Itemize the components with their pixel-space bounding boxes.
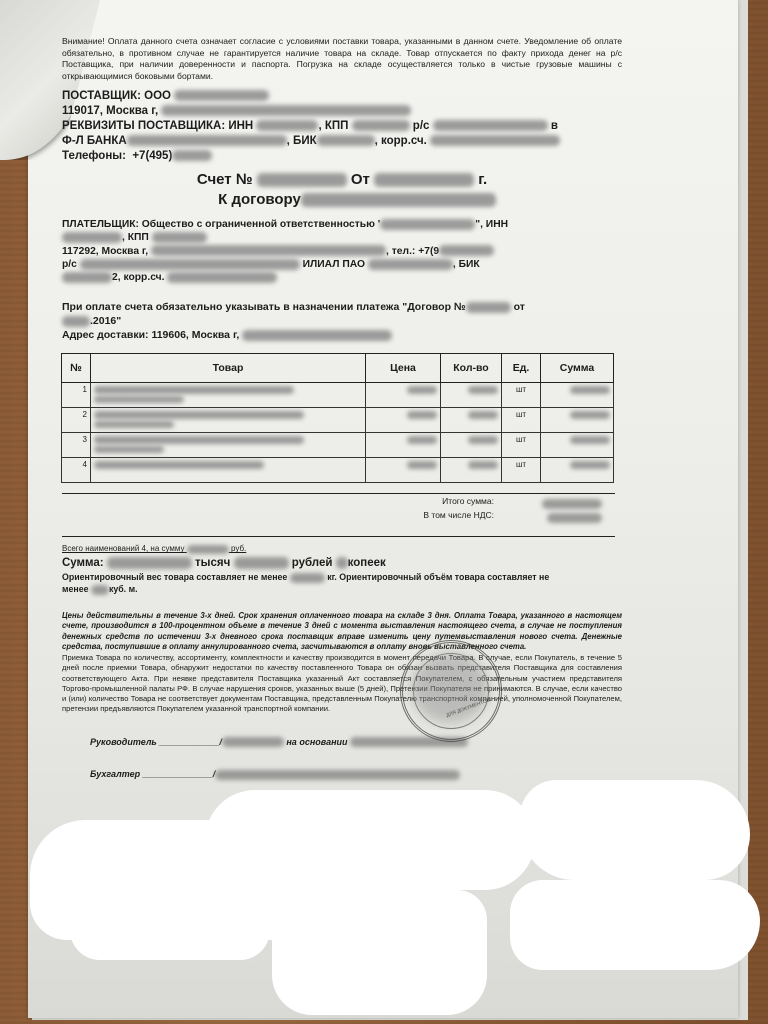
- qty-cell: [441, 458, 502, 483]
- redacted-payer-address: [151, 245, 386, 256]
- redacted-sum: [570, 436, 610, 444]
- redacted-sum: [570, 461, 610, 469]
- redacted-contract-ref: [466, 302, 511, 313]
- qty-cell: [441, 433, 502, 458]
- unit-cell: шт: [502, 458, 541, 483]
- price-cell: [366, 433, 441, 458]
- redacted-product: [94, 386, 294, 394]
- redacted-total: [542, 499, 602, 509]
- qty-cell: [441, 383, 502, 408]
- redacted-invoice-number: [257, 173, 347, 187]
- redacted-phone: [172, 150, 212, 161]
- table-row: 3шт: [62, 433, 614, 458]
- totals-block: Итого сумма: В том числе НДС:: [62, 494, 622, 524]
- unit-cell: шт: [502, 408, 541, 433]
- row-number: 1: [62, 383, 91, 408]
- redacted-sum-rubles: [234, 557, 289, 569]
- payment-purpose-note: При оплате счета обязательно указывать в…: [62, 300, 622, 342]
- redaction-blob: [510, 880, 760, 970]
- redacted-delivery-address: [242, 330, 392, 341]
- divider: [62, 536, 615, 537]
- sum-cell: [541, 408, 614, 433]
- redacted-product: [94, 396, 184, 403]
- redacted-qty: [468, 386, 498, 394]
- sum-cell: [541, 433, 614, 458]
- sum-cell: [541, 383, 614, 408]
- redacted-invoice-date: [374, 173, 474, 187]
- redacted-product: [94, 411, 304, 419]
- table-row: 2шт: [62, 408, 614, 433]
- company-stamp: ДЛЯ ДОКУМЕНТОВ: [400, 640, 502, 742]
- director-signature-line: Руководитель ____________/ на основании: [90, 737, 622, 748]
- product-cell: [91, 458, 366, 483]
- redacted-payer-bik: [62, 272, 112, 283]
- items-table: № Товар Цена Кол-во Ед. Сумма 1шт2шт3шт4…: [61, 353, 614, 483]
- redacted-product: [94, 461, 264, 469]
- redacted-product: [94, 421, 174, 428]
- redacted-contract-date: [62, 316, 90, 327]
- sum-in-words: Сумма: тысяч рублей копеек: [62, 557, 622, 569]
- redacted-accountant-name: [215, 770, 460, 780]
- redacted-weight: [290, 573, 325, 583]
- redaction-blob: [520, 780, 750, 880]
- invoice-title: Счет № От г. К договору: [62, 170, 622, 210]
- redacted-payer-account: [80, 259, 300, 270]
- redacted-qty: [468, 411, 498, 419]
- redacted-vat: [547, 513, 602, 523]
- redacted-price: [407, 436, 437, 444]
- redacted-bank: [127, 135, 287, 146]
- redacted-bik: [317, 135, 375, 146]
- table-header-row: № Товар Цена Кол-во Ед. Сумма: [62, 354, 614, 383]
- redacted-qty: [468, 436, 498, 444]
- payment-terms: Цены действительны в течение 3-х дней. С…: [62, 611, 622, 653]
- redacted-contract: [301, 193, 496, 207]
- redacted-supplier-address: [161, 105, 411, 116]
- redacted-payer-bank: [368, 259, 453, 270]
- price-cell: [366, 383, 441, 408]
- redacted-inn: [256, 120, 318, 131]
- redacted-volume: [91, 585, 109, 595]
- redacted-payer-corr: [167, 272, 277, 283]
- product-cell: [91, 433, 366, 458]
- redacted-price: [407, 461, 437, 469]
- product-cell: [91, 408, 366, 433]
- sum-cell: [541, 458, 614, 483]
- supplier-block: ПОСТАВЩИК: ООО 119017, Москва г, РЕКВИЗИ…: [62, 89, 622, 164]
- price-cell: [366, 458, 441, 483]
- redaction-blob: [70, 900, 270, 960]
- row-number: 4: [62, 458, 91, 483]
- acceptance-terms: Приемка Товара по количеству, ассортимен…: [62, 653, 622, 715]
- invoice-content: Внимание! Оплата данного счета означает …: [62, 36, 622, 780]
- redacted-corr-account: [430, 135, 560, 146]
- redacted-price: [407, 386, 437, 394]
- redacted-account: [433, 120, 548, 131]
- redacted-product: [94, 446, 164, 453]
- table-row: 1шт: [62, 383, 614, 408]
- qty-cell: [441, 408, 502, 433]
- items-count: Всего наименований 4, на сумму руб.: [62, 544, 622, 553]
- weight-volume-note: Ориентировочный вес товара составляет не…: [62, 571, 622, 595]
- table-row: 4шт: [62, 458, 614, 483]
- unit-cell: шт: [502, 433, 541, 458]
- redacted-payer-inn: [62, 232, 122, 243]
- unit-cell: шт: [502, 383, 541, 408]
- redacted-payer-name: [380, 219, 475, 230]
- redacted-product: [94, 436, 304, 444]
- row-number: 3: [62, 433, 91, 458]
- redacted-supplier-name: [174, 90, 269, 101]
- redacted-director-name: [222, 737, 284, 747]
- redacted-sum: [570, 386, 610, 394]
- redacted-payer-kpp: [152, 232, 207, 243]
- redacted-price: [407, 411, 437, 419]
- redacted-kopeks: [336, 557, 348, 569]
- product-cell: [91, 383, 366, 408]
- redacted-sum: [570, 411, 610, 419]
- payment-notice: Внимание! Оплата данного счета означает …: [62, 36, 622, 82]
- accountant-signature-line: Бухгалтер ______________/: [90, 769, 622, 780]
- redacted-payer-phone: [439, 245, 494, 256]
- price-cell: [366, 408, 441, 433]
- redacted-items-sum: [187, 545, 229, 554]
- redacted-sum-thousands: [107, 557, 192, 569]
- redaction-blob: [205, 790, 535, 890]
- payer-block: ПЛАТЕЛЬЩИК: Общество с ограниченной отве…: [62, 218, 622, 284]
- redaction-blob: [272, 890, 487, 1015]
- redacted-qty: [468, 461, 498, 469]
- redacted-kpp: [352, 120, 410, 131]
- row-number: 2: [62, 408, 91, 433]
